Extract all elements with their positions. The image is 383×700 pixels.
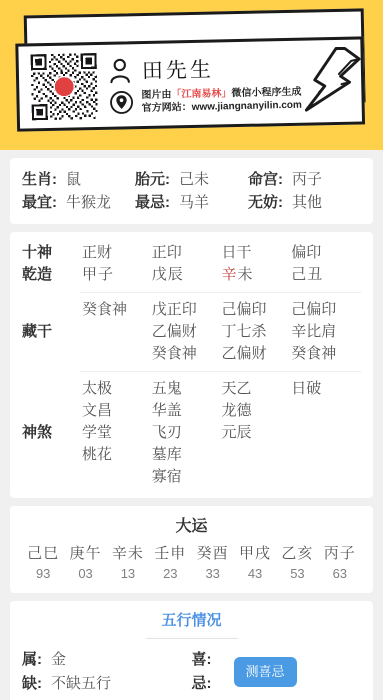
summary-card: 生肖:鼠 胎元:己未 命宫:丙子 最宜:牛猴龙 最忌:马羊 无妨:其他 [10, 158, 373, 224]
day-master-stem: 辛 [222, 266, 238, 283]
canggan-col-year: 癸食神 [82, 299, 152, 365]
section-divider [80, 292, 361, 293]
wuxing-body: 属:金 缺:不缺五行 喜: 忌: 测喜忌 [22, 648, 361, 696]
qr-code-icon [31, 53, 98, 120]
app-screen: 田先生 图片由「江南易林」微信小程序生成 官方网站：www.jiangnanyi… [0, 0, 383, 700]
summary-row: 最宜:牛猴龙 最忌:马羊 无妨:其他 [22, 191, 361, 214]
best-match-field: 最宜:牛猴龙 [22, 191, 135, 214]
user-name: 田先生 [142, 54, 215, 86]
person-icon [109, 57, 132, 83]
avoid-field: 最忌:马羊 [135, 191, 248, 214]
canggan-col-day: 己偏印 丁七杀 乙偏财 [222, 299, 292, 365]
neutral-field: 无妨:其他 [248, 191, 322, 214]
dayun-item: 辛未13 [107, 543, 149, 583]
section-divider [80, 371, 361, 372]
shensha-col-hour: 日破 [291, 378, 361, 488]
missing-field: 缺:不缺五行 [22, 672, 192, 696]
shensha-col-month: 五鬼 华盖 飞刃 墓库 寡宿 [152, 378, 222, 488]
brand-name: 「江南易林」 [171, 88, 231, 100]
pillar-month: 正印 戊辰 [152, 242, 222, 286]
shensha-col-day: 天乙 龙德 元辰 [222, 378, 292, 488]
canggan-row: 藏干 癸食神 戊正印 乙偏财 癸食神 己偏印 丁七杀 乙偏财 己偏印 辛比肩 癸… [22, 299, 361, 365]
wuxing-right-column: 喜: 忌: 测喜忌 [192, 648, 362, 696]
canggan-col-month: 戊正印 乙偏财 癸食神 [152, 299, 222, 365]
dayun-card: 大运 己巳93 庚午03 辛未13 壬申23 癸酉33 甲戌43 乙亥53 丙子… [10, 506, 373, 593]
row-label-shensha: 神煞 [22, 422, 82, 444]
dayun-item: 壬申23 [149, 543, 191, 583]
banner-card-front: 田先生 图片由「江南易林」微信小程序生成 官方网站：www.jiangnanyi… [15, 36, 365, 131]
banner-caption: 图片由「江南易林」微信小程序生成 官方网站：www.jiangnanyilin.… [141, 86, 302, 115]
minggong-field: 命宫:丙子 [248, 168, 322, 191]
wuxing-card: 五行情况 属:金 缺:不缺五行 喜: 忌: 测喜忌 [10, 601, 373, 700]
canggan-col-hour: 己偏印 辛比肩 癸食神 [291, 299, 361, 365]
shensha-col-year: 太极 文昌 学堂 桃花 [82, 378, 152, 488]
wuxing-left-column: 属:金 缺:不缺五行 [22, 648, 192, 696]
dayun-title: 大运 [22, 516, 361, 538]
test-xiji-button[interactable]: 测喜忌 [234, 657, 297, 687]
location-pin-icon [109, 90, 133, 114]
pillars-header-row: 十神 乾造 正财 甲子 正印 戊辰 日干 辛未 偏印 己丑 [22, 242, 361, 286]
summary-row: 生肖:鼠 胎元:己未 命宫:丙子 [22, 168, 361, 191]
banner-cards-wrap: 田先生 图片由「江南易林」微信小程序生成 官方网站：www.jiangnanyi… [0, 0, 383, 150]
pillar-year: 正财 甲子 [82, 242, 152, 286]
row-label-canggan: 藏干 [22, 321, 82, 343]
row-label-shishen-qianzao: 十神 乾造 [22, 242, 82, 286]
dayun-row: 己巳93 庚午03 辛未13 壬申23 癸酉33 甲戌43 乙亥53 丙子63 [22, 543, 361, 583]
banner-caption-line2: 官方网站：www.jiangnanyilin.com [142, 99, 302, 115]
dayun-item: 乙亥53 [276, 543, 318, 583]
taiyuan-field: 胎元:己未 [135, 168, 248, 191]
lightning-bolt-icon [302, 41, 362, 120]
bazi-chart-card: 十神 乾造 正财 甲子 正印 戊辰 日干 辛未 偏印 己丑 藏干 [10, 232, 373, 498]
profile-banner: 田先生 图片由「江南易林」微信小程序生成 官方网站：www.jiangnanyi… [0, 0, 383, 150]
dayun-item: 癸酉33 [192, 543, 234, 583]
dayun-item: 甲戌43 [234, 543, 276, 583]
dayun-item: 丙子63 [319, 543, 361, 583]
pillar-day: 日干 辛未 [222, 242, 292, 286]
element-field: 属:金 [22, 648, 192, 672]
dayun-item: 己巳93 [22, 543, 64, 583]
shensha-row: 神煞 太极 文昌 学堂 桃花 五鬼 华盖 飞刃 墓库 寡宿 天乙 龙德 元辰 日… [22, 378, 361, 488]
wuxing-title: 五行情况 [22, 611, 361, 631]
wuxing-title-divider [146, 638, 238, 639]
pillar-hour: 偏印 己丑 [291, 242, 361, 286]
zodiac-field: 生肖:鼠 [22, 168, 135, 191]
dayun-item: 庚午03 [64, 543, 106, 583]
